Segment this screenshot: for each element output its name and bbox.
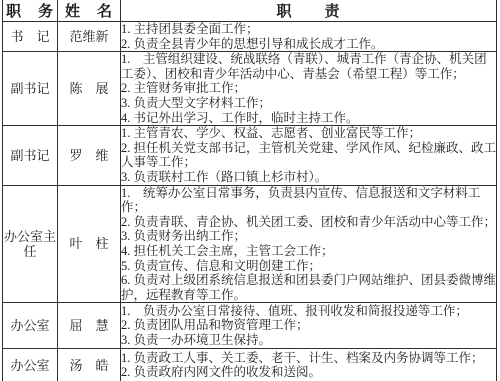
document-page: 职 务 姓 名 职 责 书 记范维新1. 主持团县委全面工作；2. 负责全县青少… xyxy=(0,0,500,381)
duty-line: 1. 主持团县委全面工作； xyxy=(121,22,496,37)
position-cell: 办公室 xyxy=(3,349,58,381)
duty-line: 2. 负责全县青少年的思想引导和成长成才工作。 xyxy=(121,37,496,52)
name-cell: 汤 皓 xyxy=(58,349,121,381)
duty-line: 3. 负责大型文字材料工作； xyxy=(121,96,496,111)
duties-cell: 1. 主管组织建设、统战联络（青联）、城青工作（青企协、机关团工委）、团校和青少… xyxy=(121,52,497,126)
position-cell: 书 记 xyxy=(3,22,58,52)
duty-line: 1. 主管青农、学少、权益、志愿者、创业富民等工作； xyxy=(121,126,496,141)
duties-cell: 1. 统筹办公室日常事务，负责县内宣传、信息报送和文字材料工作；2. 负责青联、… xyxy=(121,185,497,303)
name-cell: 屈 慧 xyxy=(58,303,121,349)
duties-cell: 1. 主持团县委全面工作；2. 负责全县青少年的思想引导和成长成才工作。 xyxy=(121,22,497,52)
table-body: 书 记范维新1. 主持团县委全面工作；2. 负责全县青少年的思想引导和成长成才工… xyxy=(3,22,497,381)
table-row: 副书记陈 展1. 主管组织建设、统战联络（青联）、城青工作（青企协、机关团工委）… xyxy=(3,52,497,126)
table-row: 书 记范维新1. 主持团县委全面工作；2. 负责全县青少年的思想引导和成长成才工… xyxy=(3,22,497,52)
duty-line: 4. 担任机关工会主席，主管工会工作； xyxy=(121,244,496,259)
position-cell: 副书记 xyxy=(3,126,58,185)
duties-cell: 1. 主管青农、学少、权益、志愿者、创业富民等工作；2. 担任机关党支部书记，主… xyxy=(121,126,497,185)
duty-line: 3. 负责财务出纳工作； xyxy=(121,229,496,244)
duty-line: 2. 负责政府内网文件的收发和送阅。 xyxy=(121,365,496,380)
table-row: 办公室屈 慧1. 负责办公室日常接待、值班、报刊收发和简报投递等工作；2. 负责… xyxy=(3,303,497,349)
table-row: 办公室汤 皓1. 负责政工人事、关工委、老干、计生、档案及内务协调等工作；2. … xyxy=(3,349,497,381)
duty-line: 1. 主管组织建设、统战联络（青联）、城青工作（青企协、机关团工委）、团校和青少… xyxy=(121,52,496,81)
name-cell: 罗 维 xyxy=(58,126,121,185)
duty-line: 1. 负责政工人事、关工委、老干、计生、档案及内务协调等工作； xyxy=(121,351,496,366)
position-cell: 办公室 xyxy=(3,303,58,349)
header-position: 职 务 xyxy=(3,0,58,22)
duty-line: 2. 负责青联、青企协、机关团工委、团校和青少年活动中心等工作； xyxy=(121,215,496,230)
duty-line: 1. 负责办公室日常接待、值班、报刊收发和简报投递等工作； xyxy=(121,304,496,319)
position-cell: 副书记 xyxy=(3,52,58,126)
duty-roster-table: 职 务 姓 名 职 责 书 记范维新1. 主持团县委全面工作；2. 负责全县青少… xyxy=(2,0,497,381)
duty-line: 2. 担任机关党支部书记，主管机关党建、学风作风、纪检廉政、政工人事等工作； xyxy=(121,141,496,170)
name-cell: 范维新 xyxy=(58,22,121,52)
duty-line: 5. 负责宣传、信息和文明创建工作； xyxy=(121,259,496,274)
table-header: 职 务 姓 名 职 责 xyxy=(3,0,497,22)
name-cell: 陈 展 xyxy=(58,52,121,126)
duties-cell: 1. 负责政工人事、关工委、老干、计生、档案及内务协调等工作；2. 负责政府内网… xyxy=(121,349,497,381)
duty-line: 2. 负责团队用品和物资管理工作； xyxy=(121,318,496,333)
duty-line: 2. 主管财务审批工作； xyxy=(121,81,496,96)
table-row: 办公室主任叶 柱1. 统筹办公室日常事务，负责县内宣传、信息报送和文字材料工作；… xyxy=(3,185,497,303)
header-duty: 职 责 xyxy=(121,0,497,22)
table-row: 副书记罗 维1. 主管青农、学少、权益、志愿者、创业富民等工作；2. 担任机关党… xyxy=(3,126,497,185)
duties-cell: 1. 负责办公室日常接待、值班、报刊收发和简报投递等工作；2. 负责团队用品和物… xyxy=(121,303,497,349)
duty-line: 3. 负责一办环境卫生保持。 xyxy=(121,333,496,348)
duty-line: 6. 负责对上级团系统信息报送和团县委门户网站维护、团县委微博维护，远程教育等工… xyxy=(121,273,496,302)
header-row: 职 务 姓 名 职 责 xyxy=(3,0,497,22)
header-name: 姓 名 xyxy=(58,0,121,22)
duty-line: 4. 书记外出学习、工作时，临时主持工作。 xyxy=(121,111,496,126)
position-cell: 办公室主任 xyxy=(3,185,58,303)
name-cell: 叶 柱 xyxy=(58,185,121,303)
duty-line: 1. 统筹办公室日常事务，负责县内宣传、信息报送和文字材料工作； xyxy=(121,186,496,215)
duty-line: 3. 负责联村工作（路口镇上杉市村）。 xyxy=(121,170,496,185)
